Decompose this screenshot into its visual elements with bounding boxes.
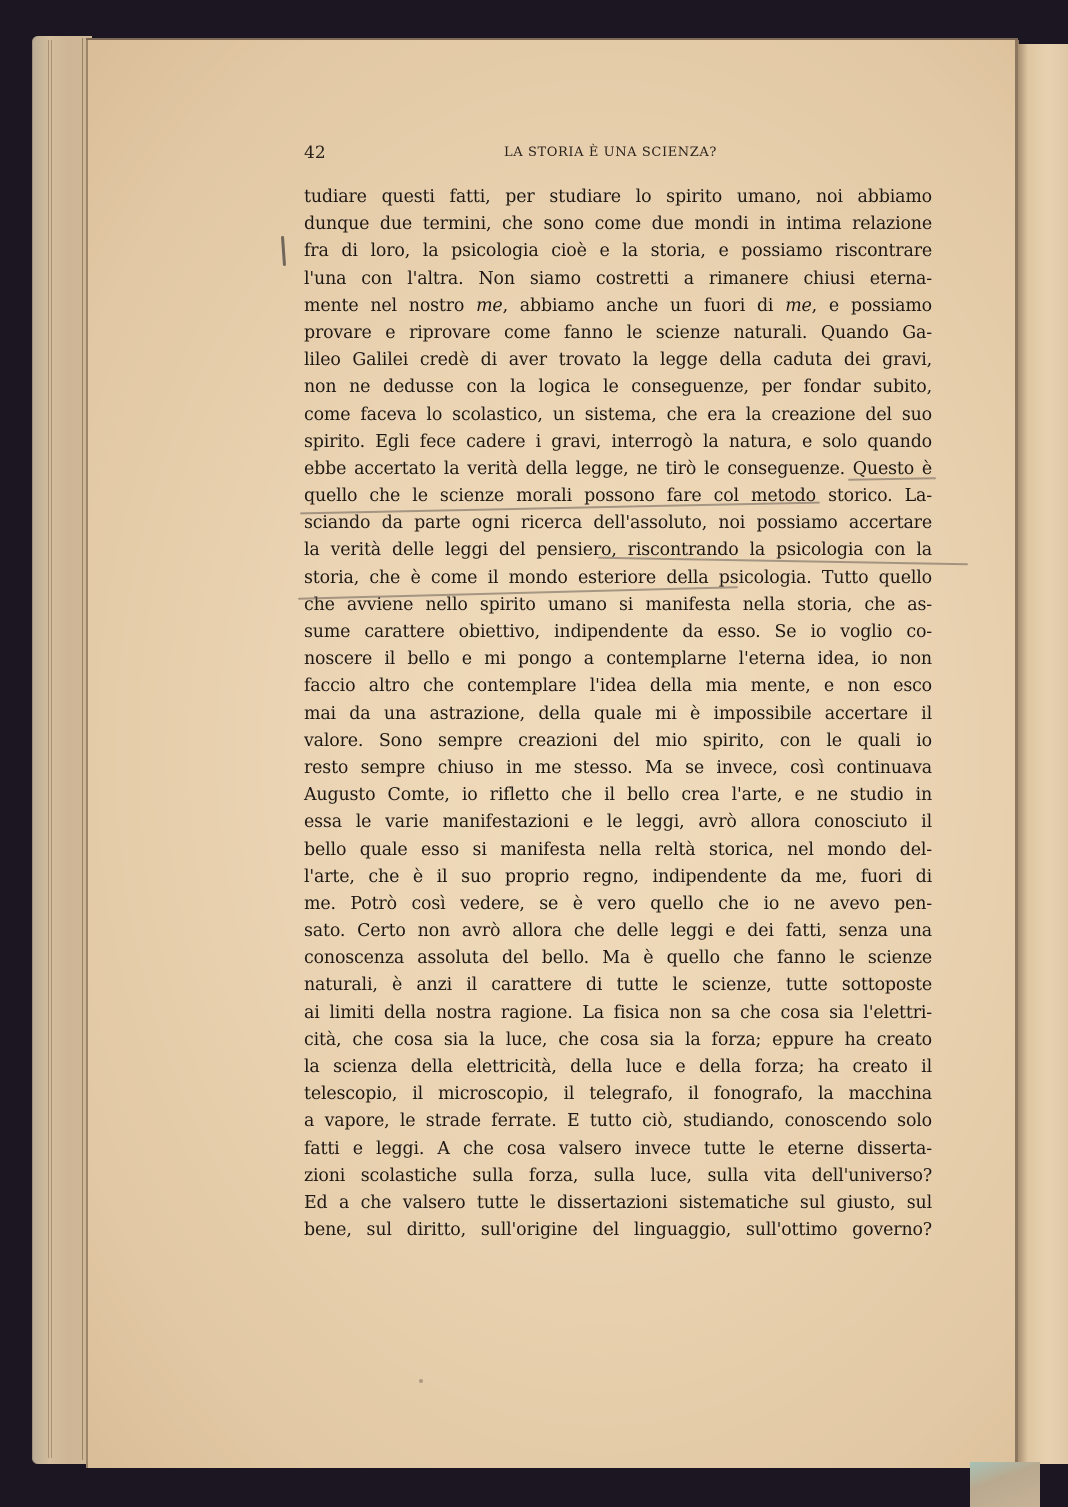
text-line: dunque due termini, che sono come due mo… [304,211,932,238]
text-line: naturali, è anzi il carattere di tutte l… [304,972,932,999]
text-line: sciando da parte ogni ricerca dell'assol… [304,510,932,537]
text-fragment: , abbiamo anche un fuori di [503,296,786,316]
page-number: 42 [304,143,326,163]
text-fragment: , e possiamo [812,296,932,316]
text-line: la scienza della elettricità, della luce… [304,1054,932,1081]
text-line: lileo Galilei credè di aver trovato la l… [304,347,932,374]
italic-word: me [785,296,811,316]
text-line: zioni scolastiche sulla forza, sulla luc… [304,1163,932,1190]
torn-corner [970,1462,1040,1507]
text-line: Ed a che valsero tutte le dissertazioni … [304,1190,932,1217]
text-line: faccio altro che contemplare l'idea dell… [304,673,932,700]
facing-page-edge [1018,44,1068,1464]
text-line: l'arte, che è il suo proprio regno, indi… [304,864,932,891]
text-line: sato. Certo non avrò allora che delle le… [304,918,932,945]
text-line: noscere il bello e mi pongo a contemplar… [304,646,932,673]
running-head-title: LA STORIA È UNA SCIENZA? [504,145,717,160]
running-head: 42 LA STORIA È UNA SCIENZA? [304,143,944,165]
text-line: spirito. Egli fece cadere i gravi, inter… [304,429,932,456]
text-line: non ne dedusse con la logica le consegue… [304,374,932,401]
text-line: me. Potrò così vedere, se è vero quello … [304,891,932,918]
text-line: bello quale esso si manifesta nella relt… [304,837,932,864]
text-line: resto sempre chiuso in me stesso. Ma se … [304,755,932,782]
text-line: fatti e leggi. A che cosa valsero invece… [304,1136,932,1163]
text-fragment: mente nel nostro [304,296,476,316]
text-line: fra di loro, la psicologia cioè e la sto… [304,238,932,265]
text-line: a vapore, le strade ferrate. E tutto ciò… [304,1108,932,1135]
text-line: ai limiti della nostra ragione. La fisic… [304,1000,932,1027]
text-line-italic-me: mente nel nostro me, abbiamo anche un fu… [304,293,932,320]
text-line: l'una con l'altra. Non siamo costretti a… [304,266,932,293]
text-line: sume carattere obiettivo, indipendente d… [304,619,932,646]
text-line: mai da una astrazione, della quale mi è … [304,701,932,728]
italic-word: me [476,296,502,316]
body-text: tudiare questi fatti, per studiare lo sp… [304,184,932,1244]
text-line: essa le varie manifestazioni e le leggi,… [304,809,932,836]
text-line: Augusto Comte, io rifletto che il bello … [304,782,932,809]
text-line: valore. Sono sempre creazioni del mio sp… [304,728,932,755]
text-line: provare e riprovare come fanno le scienz… [304,320,932,347]
text-line: come faceva lo scolastico, un sistema, c… [304,402,932,429]
text-line: ebbe accertato la verità della legge, ne… [304,456,932,483]
page-stack-edge [32,36,92,1464]
text-line: bene, sul diritto, sull'origine del ling… [304,1217,932,1244]
text-line: storia, che è come il mondo esteriore de… [304,565,932,592]
text-line: telescopio, il microscopio, il telegrafo… [304,1081,932,1108]
text-line: conoscenza assoluta del bello. Ma è quel… [304,945,932,972]
text-line: tudiare questi fatti, per studiare lo sp… [304,184,932,211]
paper-spot [419,1379,423,1383]
text-line: cità, che cosa sia la luce, che cosa sia… [304,1027,932,1054]
